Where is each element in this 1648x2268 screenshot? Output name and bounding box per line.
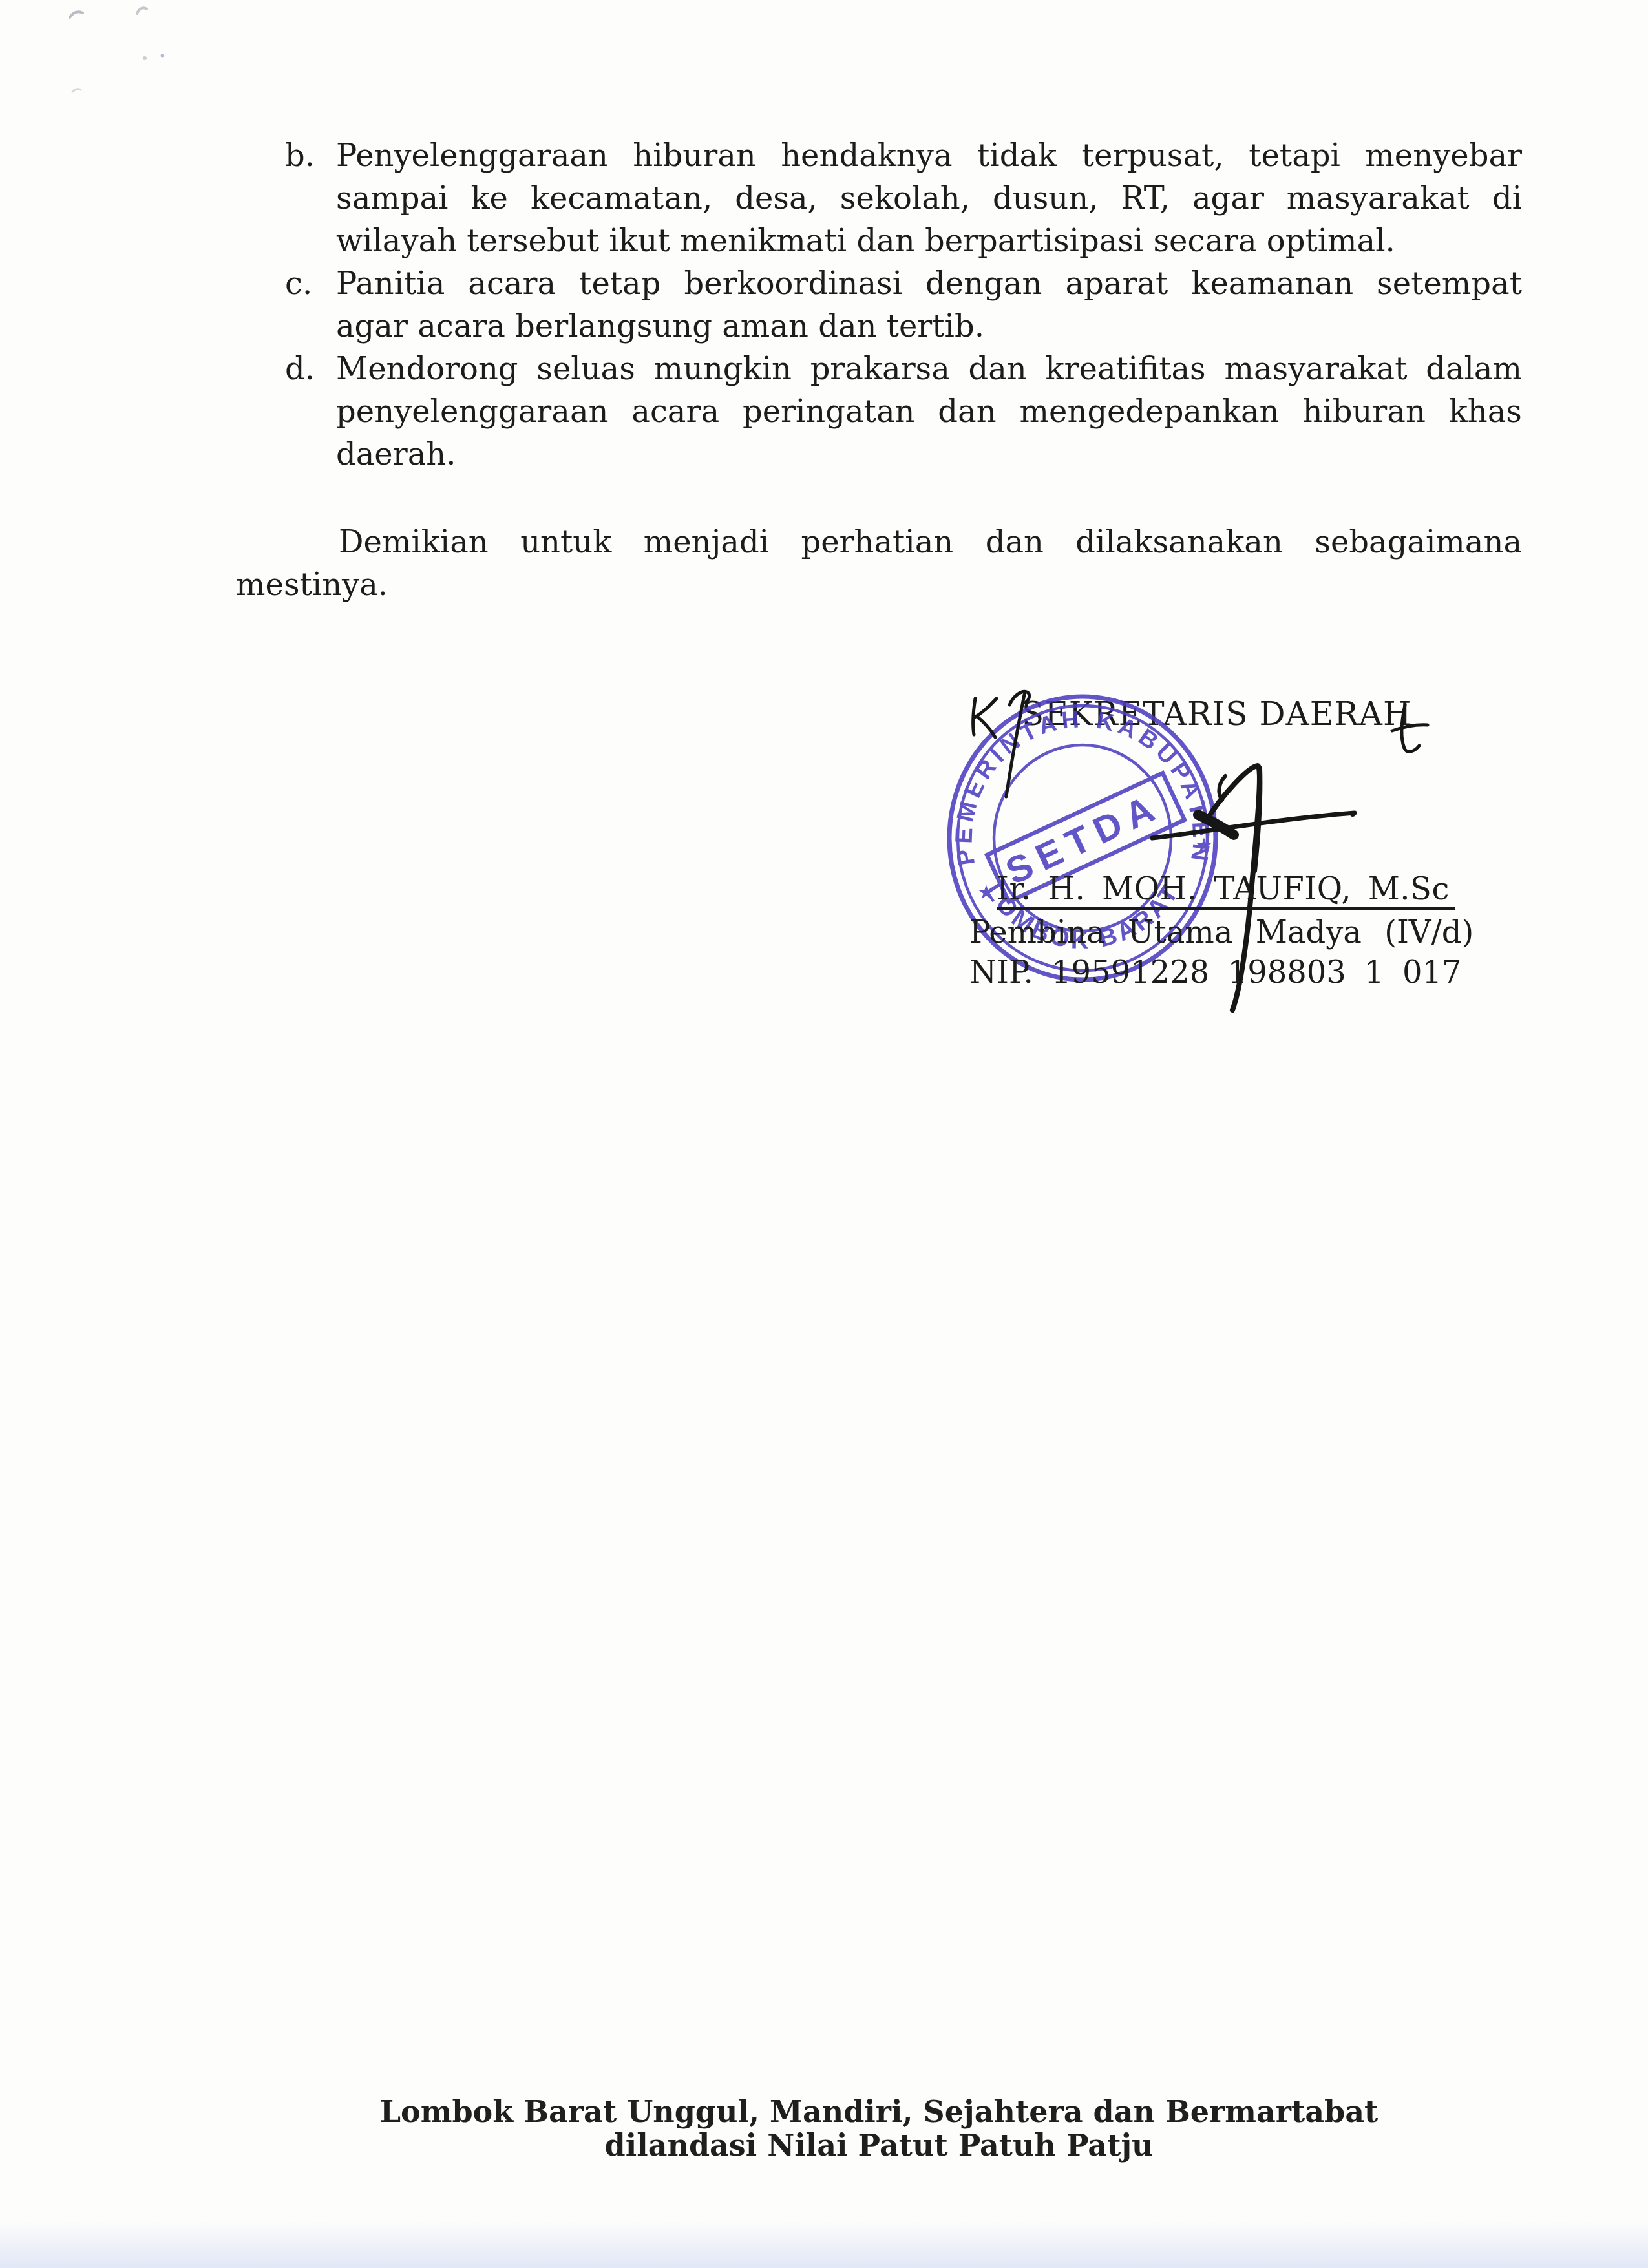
handwritten-tick-after-title bbox=[1392, 725, 1428, 731]
text-line: agar acara berlangsung aman dan tertib. bbox=[336, 305, 1522, 348]
signatory-rank: Pembina Utama Madya (IV/d) bbox=[969, 916, 1474, 949]
list-item-c: c.Panitia acara tetap berkoordinasi deng… bbox=[236, 262, 1522, 348]
letter-body: b.Penyelenggaraan hiburan hendaknya tida… bbox=[236, 134, 1522, 606]
text-line: penyelenggaraan acara peringatan dan men… bbox=[336, 390, 1522, 433]
list-item-marker: d. bbox=[285, 348, 315, 390]
list-item-marker: b. bbox=[285, 134, 315, 177]
text-line: Penyelenggaraan hiburan hendaknya tidak … bbox=[336, 134, 1522, 177]
closing-paragraph: Demikian untuk menjadi perhatian dan dil… bbox=[236, 521, 1522, 606]
pencil-mark bbox=[72, 89, 81, 92]
list-item-lines: Mendorong seluas mungkin prakarsa dan kr… bbox=[336, 348, 1522, 476]
signature-ink-dot bbox=[1350, 812, 1355, 817]
list-item-d: d.Mendorong seluas mungkin prakarsa dan … bbox=[236, 348, 1522, 476]
list-item-marker: c. bbox=[285, 262, 312, 305]
text-line: sampai ke kecamatan, desa, sekolah, dusu… bbox=[336, 177, 1522, 220]
text-line: Mendorong seluas mungkin prakarsa dan kr… bbox=[336, 348, 1522, 390]
pencil-scan-marks bbox=[0, 0, 259, 168]
pencil-mark bbox=[70, 12, 83, 17]
footer-motto: Lombok Barat Unggul, Mandiri, Sejahtera … bbox=[236, 2095, 1522, 2162]
handwritten-initial-f bbox=[1006, 695, 1024, 797]
signatory-nip: NIP. 19591228 198803 1 017 bbox=[969, 956, 1462, 989]
ink-speck bbox=[161, 54, 164, 58]
handwritten-initial-k bbox=[977, 717, 995, 737]
signature-stroke bbox=[1152, 813, 1355, 838]
scanned-letter-page: b.Penyelenggaraan hiburan hendaknya tida… bbox=[0, 0, 1648, 2268]
list-item-lines: Panitia acara tetap berkoordinasi dengan… bbox=[336, 262, 1522, 348]
pencil-mark bbox=[137, 8, 147, 14]
signatory-name: Ir. H. MOH. TAUFIQ, M.Sc bbox=[997, 872, 1455, 910]
scan-artifact-band bbox=[0, 2220, 1648, 2268]
footer-line: dilandasi Nilai Patut Patuh Patju bbox=[236, 2128, 1522, 2162]
pencil-dot bbox=[143, 56, 147, 60]
text-line: mestinya. bbox=[236, 563, 1522, 606]
footer-line: Lombok Barat Unggul, Mandiri, Sejahtera … bbox=[236, 2095, 1522, 2128]
list-item-b: b.Penyelenggaraan hiburan hendaknya tida… bbox=[236, 134, 1522, 262]
text-line: Panitia acara tetap berkoordinasi dengan… bbox=[336, 262, 1522, 305]
list: b.Penyelenggaraan hiburan hendaknya tida… bbox=[236, 134, 1522, 476]
handwritten-initial-k bbox=[975, 698, 997, 717]
text-line: wilayah tersebut ikut menikmati dan berp… bbox=[336, 220, 1522, 262]
text-line: Demikian untuk menjadi perhatian dan dil… bbox=[236, 521, 1522, 563]
handwritten-initial-f bbox=[1009, 691, 1030, 705]
text-line: daerah. bbox=[336, 433, 1522, 476]
list-item-lines: Penyelenggaraan hiburan hendaknya tidak … bbox=[336, 134, 1522, 262]
